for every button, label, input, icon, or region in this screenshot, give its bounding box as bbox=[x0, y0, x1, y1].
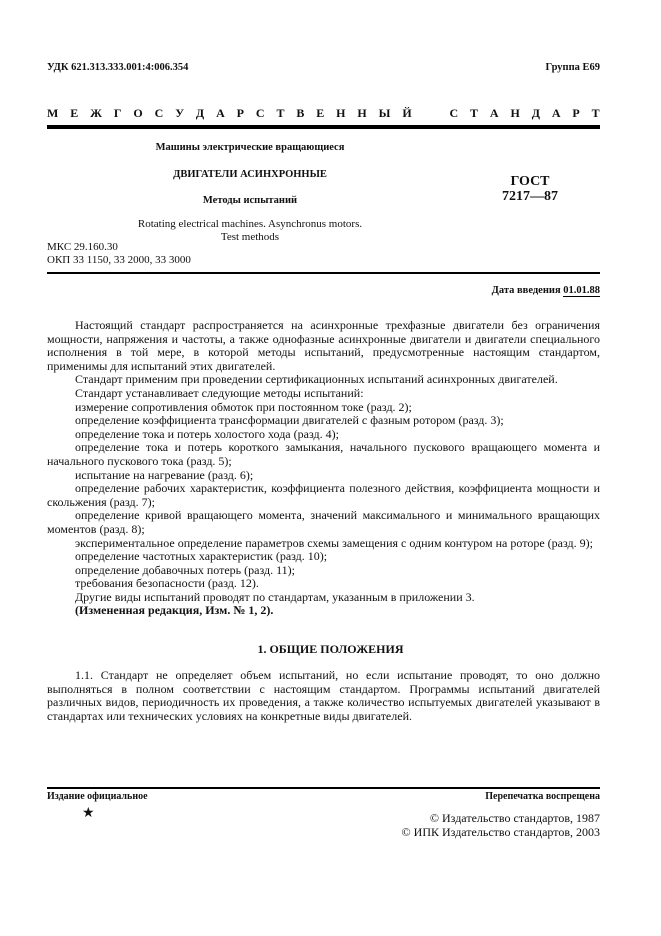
banner-letter: Д bbox=[532, 106, 540, 121]
banner-letter: С bbox=[256, 106, 265, 121]
bottom-rule bbox=[47, 787, 600, 789]
intro-date: Дата введения 01.01.88 bbox=[492, 285, 600, 296]
body-paragraph: измерение сопротивления обмоток при пост… bbox=[47, 401, 600, 415]
document-title: ДВИГАТЕЛИ АСИНХРОННЫЕ bbox=[0, 169, 500, 180]
star-icon: ★ bbox=[82, 805, 95, 822]
group-code: Группа Е69 bbox=[546, 62, 600, 73]
banner-letter: А bbox=[490, 106, 499, 121]
banner-letter: О bbox=[133, 106, 142, 121]
body-paragraph: определение тока и потерь холостого хода… bbox=[47, 428, 600, 442]
body-paragraph: требования безопасности (разд. 12). bbox=[47, 577, 600, 591]
banner-letter: Е bbox=[70, 106, 78, 121]
section-heading: 1. ОБЩИЕ ПОЛОЖЕНИЯ bbox=[0, 642, 661, 657]
okp-code: ОКП 33 1150, 33 2000, 33 3000 bbox=[47, 254, 191, 267]
banner-letter: Н bbox=[357, 106, 366, 121]
banner-letter: В bbox=[296, 106, 304, 121]
banner-letter: Й bbox=[402, 106, 411, 121]
banner-letter: Р bbox=[237, 106, 244, 121]
banner-letter: С bbox=[155, 106, 164, 121]
copyright-line-1: © Издательство стандартов, 1987 bbox=[402, 812, 600, 826]
banner-gap bbox=[424, 106, 438, 121]
body-paragraph: Настоящий стандарт распространяется на а… bbox=[47, 319, 600, 373]
middle-rule bbox=[47, 272, 600, 274]
banner-letter: Т bbox=[592, 106, 600, 121]
gost-designation: ГОСТ 7217—87 bbox=[480, 174, 580, 204]
banner-letter: Ж bbox=[90, 106, 102, 121]
section-text: 1.1. Стандарт не определяет объем испыта… bbox=[47, 669, 600, 723]
document-category: Машины электрические вращающиеся bbox=[0, 142, 500, 153]
banner-letter: Г bbox=[114, 106, 122, 121]
udk-code: УДК 621.313.333.001:4:006.354 bbox=[47, 62, 188, 73]
gost-number: 7217—87 bbox=[480, 189, 580, 204]
banner-letter: Р bbox=[572, 106, 579, 121]
banner-letter: Е bbox=[316, 106, 324, 121]
body-paragraph: определение тока и потерь короткого замы… bbox=[47, 441, 600, 468]
banner-letter: У bbox=[175, 106, 184, 121]
official-edition-label: Издание официальное bbox=[47, 791, 148, 802]
body-paragraph: определение рабочих характеристик, коэфф… bbox=[47, 482, 600, 509]
body-paragraph: определение коэффициента трансформации д… bbox=[47, 414, 600, 428]
body-paragraph: испытание на нагревание (разд. 6); bbox=[47, 469, 600, 483]
interstate-standard-banner: МЕЖГОСУДАРСТВЕННЫЙСТАНДАРТ bbox=[47, 106, 600, 121]
copyright-block: © Издательство стандартов, 1987 © ИПК Из… bbox=[402, 812, 600, 839]
body-paragraph: определение частотных характеристик (раз… bbox=[47, 550, 600, 564]
banner-letter: Ы bbox=[379, 106, 391, 121]
intro-date-value: 01.01.88 bbox=[563, 285, 600, 297]
banner-letter: Н bbox=[336, 106, 345, 121]
classification-codes: МКС 29.160.30 ОКП 33 1150, 33 2000, 33 3… bbox=[47, 241, 191, 266]
body-paragraph: Стандарт устанавливает следующие методы … bbox=[47, 387, 600, 401]
banner-letter: А bbox=[552, 106, 561, 121]
body-paragraph: определение добавочных потерь (разд. 11)… bbox=[47, 564, 600, 578]
banner-letter: Т bbox=[276, 106, 284, 121]
banner-letter: С bbox=[449, 106, 458, 121]
banner-letter: Д bbox=[196, 106, 204, 121]
banner-letter: А bbox=[216, 106, 225, 121]
copyright-line-2: © ИПК Издательство стандартов, 2003 bbox=[402, 826, 600, 840]
mks-code: МКС 29.160.30 bbox=[47, 241, 191, 254]
body-paragraph: определение кривой вращающего момента, з… bbox=[47, 509, 600, 536]
banner-letter: М bbox=[47, 106, 58, 121]
banner-letter: Т bbox=[470, 106, 478, 121]
top-rule bbox=[47, 125, 600, 129]
gost-label: ГОСТ bbox=[480, 174, 580, 189]
body-text: Настоящий стандарт распространяется на а… bbox=[47, 319, 600, 618]
body-paragraph: Другие виды испытаний проводят по станда… bbox=[47, 591, 600, 605]
section-paragraph: 1.1. Стандарт не определяет объем испыта… bbox=[47, 669, 600, 723]
body-paragraph: Стандарт применим при проведении сертифи… bbox=[47, 373, 600, 387]
document-subtitle: Методы испытаний bbox=[0, 195, 500, 206]
intro-date-label: Дата введения bbox=[492, 285, 561, 296]
reprint-prohibited-label: Перепечатка воспрещена bbox=[485, 791, 600, 802]
banner-letter: Н bbox=[510, 106, 519, 121]
amendment-note: (Измененная редакция, Изм. № 1, 2). bbox=[47, 604, 600, 618]
english-title-line1: Rotating electrical machines. Asynchronu… bbox=[0, 218, 500, 231]
body-paragraph: экспериментальное определение параметров… bbox=[47, 537, 600, 551]
